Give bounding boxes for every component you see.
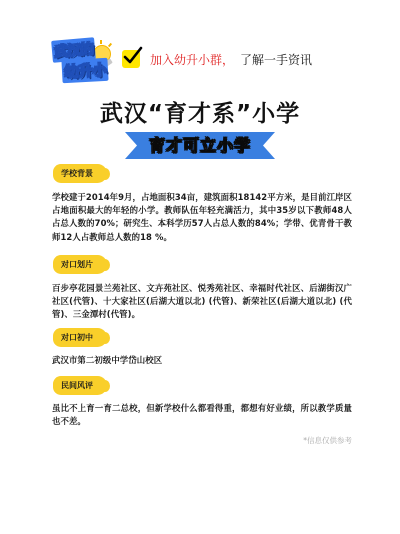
join-group-slogan: 加入幼升小群，了解一手资讯 xyxy=(150,51,312,68)
tag-catchment-area: 对口划片 xyxy=(53,255,107,274)
catchment-area-text: 百步亭花园景兰苑社区、文卉苑社区、悦秀苑社区、幸福时代社区、后湖街汉广社区(代管… xyxy=(52,282,352,322)
matched-middle-school-text: 武汉市第二初级中学岱山校区 xyxy=(52,354,352,367)
promo-header: 武汉的 幼升小 加入幼升小群，了解一手资讯 xyxy=(52,38,362,82)
tag-public-reviews: 民间风评 xyxy=(53,376,107,395)
school-name-ribbon: 育才可立小学 xyxy=(125,132,275,159)
bulb-ray-icon xyxy=(100,40,102,44)
tag-school-background: 学校背景 xyxy=(53,164,107,183)
logo-text-line2: 幼升小 xyxy=(63,59,106,82)
page-title: 武汉“育才系”小学 xyxy=(0,95,400,128)
brand-logo: 武汉的 幼升小 xyxy=(52,38,116,84)
disclaimer-note: *信息仅供参考 xyxy=(303,435,352,446)
bulb-ray-icon xyxy=(108,43,112,47)
school-name: 育才可立小学 xyxy=(125,132,275,159)
slogan-black-text: 了解一手资讯 xyxy=(240,53,312,67)
school-background-text: 学校建于2014年9月，占地面积34亩，建筑面积18142平方米，是目前江岸区占… xyxy=(52,191,352,244)
tag-matched-middle-school: 对口初中 xyxy=(53,328,107,347)
public-reviews-text: 虽比不上育一育二总校，但新学校什么都看得重，都想有好业绩，所以教学质量也不差。 xyxy=(52,402,352,428)
slogan-red-text: 加入幼升小群， xyxy=(150,53,234,67)
checkmark-icon xyxy=(122,50,140,68)
